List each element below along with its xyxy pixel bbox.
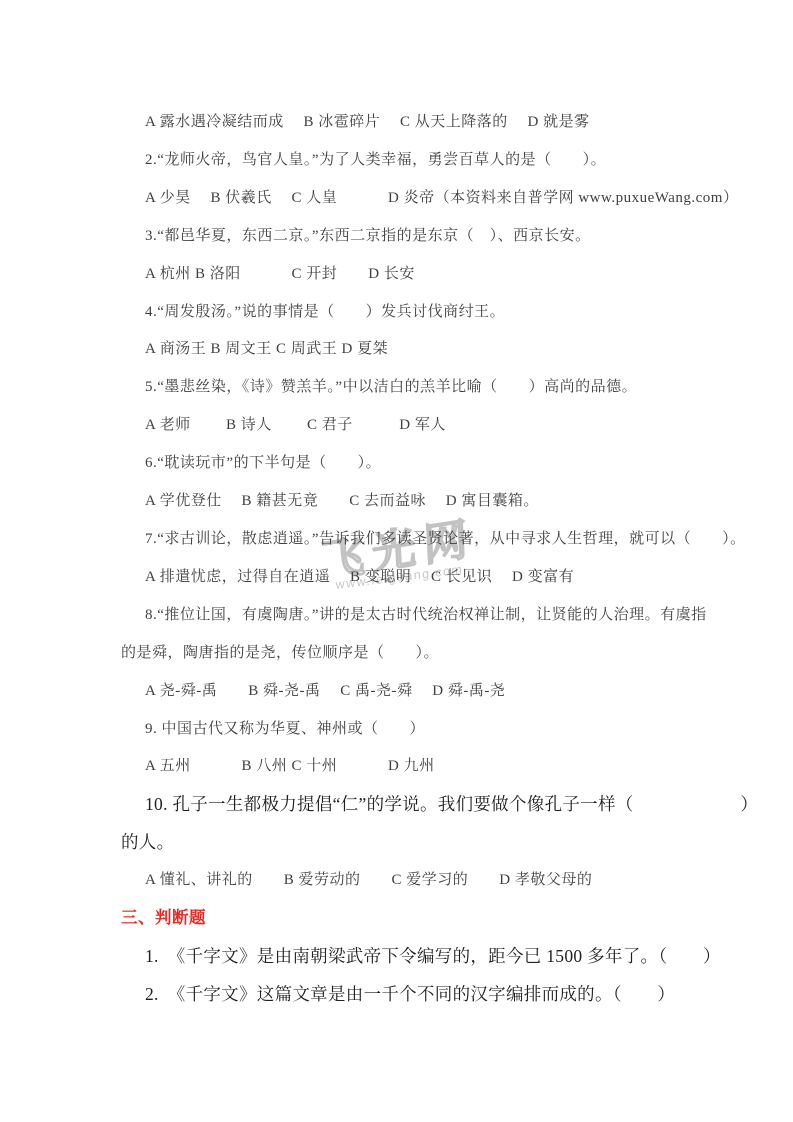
judge-question-line: 1. 《千字文》是由南朝梁武帝下令编写的，距今已 1500 多年了。（ ） (121, 938, 681, 976)
question-line: 4.“周发殷汤。”说的事情是（ ）发兵讨伐商纣王。 (121, 294, 681, 332)
answer-options-line: A 老师 B 诗人 C 君子 D 军人 (121, 407, 681, 445)
question-continuation-line: 的人。 (121, 824, 681, 862)
question-line: 6.“耽读玩市”的下半句是（ ）。 (121, 445, 681, 483)
answer-options-line: A 懂礼、讲礼的 B 爱劳动的 C 爱学习的 D 孝敬父母的 (121, 862, 681, 900)
document-body: A 露水遇冷凝结而成 B 冰雹碎片 C 从天上降落的 D 就是雾2.“龙师火帝，… (121, 104, 681, 1014)
question-continuation-line: 的是舜，陶唐指的是尧，传位顺序是（ ）。 (121, 635, 681, 673)
answer-options-line: A 五州 B 八州 C 十州 D 九州 (121, 748, 681, 786)
question-line: 10. 孔子一生都极力提倡“仁”的学说。我们要做个像孔子一样（ ） (121, 786, 681, 824)
question-line: 2.“龙师火帝，鸟官人皇。”为了人类幸福，勇尝百草人的是（ ）。 (121, 142, 681, 180)
answer-options-line: A 尧-舜-禹 B 舜-尧-禹 C 禹-尧-舜 D 舜-禹-尧 (121, 673, 681, 711)
worksheet-page: 飞光网 www.feiguang.com A 露水遇冷凝结而成 B 冰雹碎片 C… (0, 0, 793, 1122)
question-line: 8.“推位让国，有虞陶唐。”讲的是太古时代统治权禅让制，让贤能的人治理。有虞指 (121, 597, 681, 635)
question-line: 9. 中国古代又称为华夏、神州或（ ） (121, 711, 681, 749)
answer-options-line: A 学优登仕 B 籍甚无竟 C 去而益咏 D 寓目囊箱。 (121, 483, 681, 521)
question-line: 3.“都邑华夏，东西二京。”东西二京指的是东京（ ）、西京长安。 (121, 218, 681, 256)
question-line: 5.“墨悲丝染，《诗》赞羔羊。”中以洁白的羔羊比喻（ ）高尚的品德。 (121, 369, 681, 407)
answer-options-line: A 露水遇冷凝结而成 B 冰雹碎片 C 从天上降落的 D 就是雾 (121, 104, 681, 142)
answer-options-line: A 商汤王 B 周文王 C 周武王 D 夏桀 (121, 331, 681, 369)
answer-options-line: A 杭州 B 洛阳 C 开封 D 长安 (121, 256, 681, 294)
judge-question-line: 2. 《千字文》这篇文章是由一千个不同的汉字编排而成的。（ ） (121, 976, 681, 1014)
answer-options-line: A 排遣忧虑，过得自在逍遥 B 变聪明 C 长见识 D 变富有 (121, 559, 681, 597)
question-line: 7.“求古训论，散虑逍遥。”告诉我们多读圣贤论著，从中寻求人生哲理，就可以（ ）… (121, 521, 681, 559)
section-heading: 三、判断题 (121, 900, 681, 938)
answer-options-line: A 少昊 B 伏羲氏 C 人皇 D 炎帝（本资料来自普学网 www.puxueW… (121, 180, 681, 218)
